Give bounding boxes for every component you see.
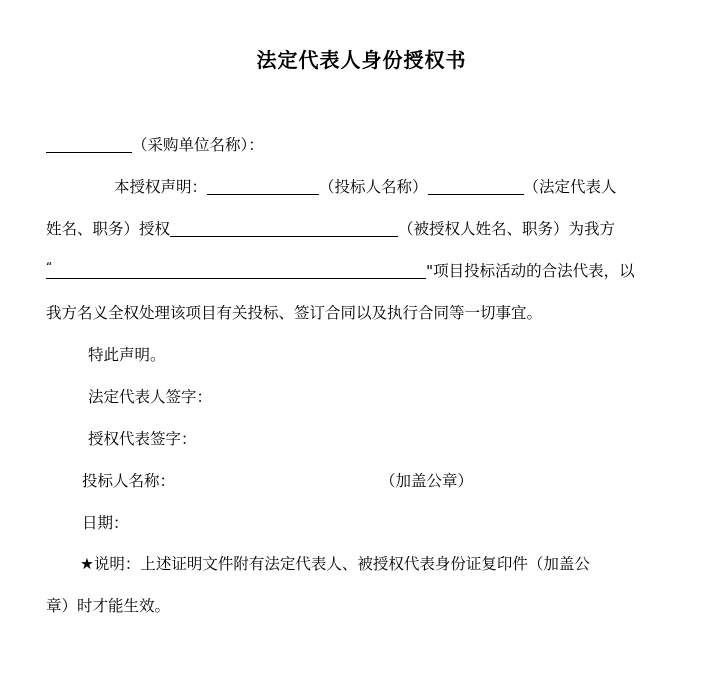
purchaser-name-label: （采购单位名称）：	[132, 136, 264, 154]
date-label: 日期：	[82, 512, 129, 534]
authorization-suffix: （被授权人姓名、职务）为我方	[398, 220, 615, 238]
authorized-person-blank[interactable]	[170, 220, 398, 237]
bidder-name-blank[interactable]	[207, 178, 319, 195]
note-line-1: ★说明：上述证明文件附有法定代表人、被授权代表身份证复印件（加盖公	[80, 553, 590, 575]
statement-line: 本授权声明：（投标人名称）（法定代表人	[114, 176, 617, 198]
note-line-2: 章）时才能生效。	[46, 595, 170, 617]
authorization-prefix: 姓名、职务）授权	[46, 220, 170, 238]
statement-prefix: 本授权声明：	[114, 178, 207, 196]
open-quote: “	[46, 256, 52, 278]
purchaser-name-blank[interactable]	[46, 136, 132, 153]
legal-rep-blank[interactable]	[428, 178, 524, 195]
project-line: “"项目投标活动的合法代表，以	[46, 260, 635, 282]
authorization-line: 姓名、职务）授权（被授权人姓名、职务）为我方	[46, 218, 615, 240]
legal-rep-label: （法定代表人	[524, 178, 617, 196]
purchaser-line: （采购单位名称）：	[46, 134, 264, 156]
seal-label: （加盖公章）	[380, 470, 473, 492]
document-title: 法定代表人身份授权书	[0, 44, 723, 73]
declaration-text: 特此声明。	[88, 344, 166, 366]
bidder-name-label: （投标人名称）	[319, 178, 428, 196]
project-suffix: "项目投标活动的合法代表，以	[426, 262, 635, 280]
authorized-rep-signature-label: 授权代表签字：	[88, 428, 197, 450]
bidder-name-signature-label: 投标人名称：	[82, 470, 175, 492]
scope-line: 我方名义全权处理该项目有关投标、签订合同以及执行合同等一切事宜。	[46, 302, 542, 324]
legal-rep-signature-label: 法定代表人签字：	[88, 386, 212, 408]
project-name-blank[interactable]: “	[46, 262, 426, 279]
